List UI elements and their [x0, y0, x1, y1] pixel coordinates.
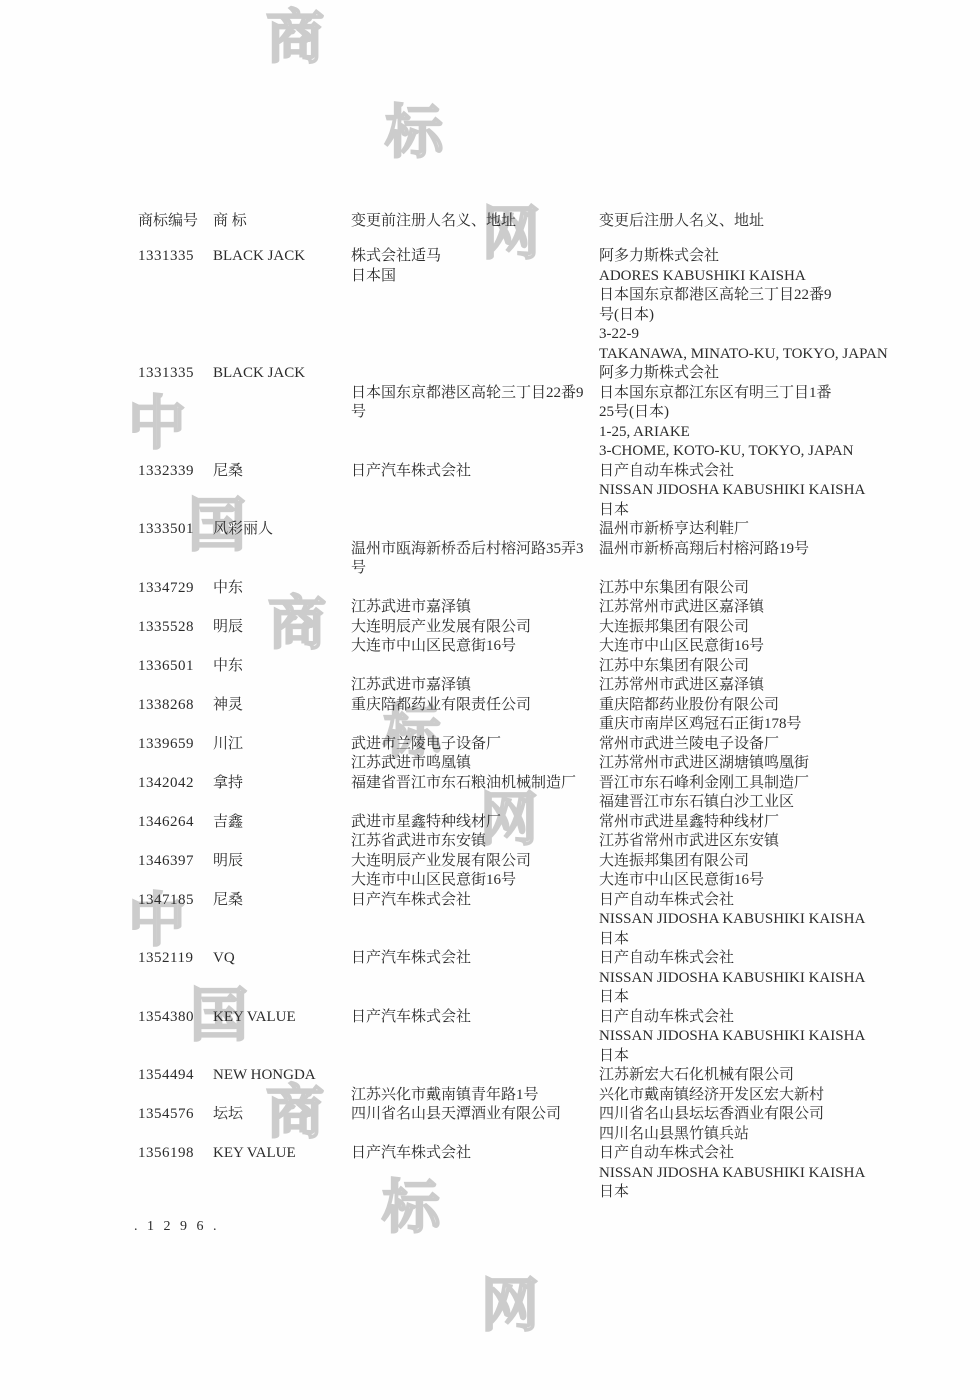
registration-number-cell: 1333501: [138, 520, 213, 579]
registrant-after-line: 四川名山县黑竹镇兵站: [599, 1125, 861, 1145]
registrant-after-line: 重庆陪都药业股份有限公司: [599, 696, 861, 716]
registrant-before-line: 江苏武进市嘉泽镇: [351, 598, 599, 618]
trademark-name: BLACK JACK: [213, 364, 351, 384]
registrant-before-line: 株式会社适马: [351, 247, 599, 267]
watermark-char: 标: [385, 103, 443, 161]
registrant-after-line: 号(日本): [599, 306, 861, 326]
registrant-after-line: NISSAN JIDOSHA KABUSHIKI KAISHA: [599, 481, 861, 501]
registrant-after-line: 常州市武进兰陵电子设备厂: [599, 735, 861, 755]
registrant-after-cell: 日产自动车株式会社NISSAN JIDOSHA KABUSHIKI KAISHA…: [599, 1144, 861, 1203]
trademark-name: 坛坛: [213, 1105, 351, 1125]
registrant-after-line: 江苏常州市武进区嘉泽镇: [599, 598, 861, 618]
registrant-after-line: 日产自动车株式会社: [599, 891, 861, 911]
registration-number: 1354576: [138, 1105, 213, 1125]
registrant-after-cell: 阿多力斯株式会社日本国东京都江东区有明三丁目1番25号(日本)1-25, ARI…: [599, 364, 861, 462]
registrant-before-line: [351, 364, 599, 384]
registrant-before-line: 日产汽车株式会社: [351, 1144, 599, 1164]
trademark-name: 明辰: [213, 852, 351, 872]
trademark-name: BLACK JACK: [213, 247, 351, 267]
watermark-char: 网: [481, 1276, 539, 1334]
registrant-before-cell: 江苏兴化市戴南镇青年路1号: [351, 1066, 599, 1105]
registration-number: 1339659: [138, 735, 213, 755]
registrant-after-cell: 阿多力斯株式会社ADORES KABUSHIKI KAISHA日本国东京都港区高…: [599, 247, 861, 364]
registration-number-cell: 1354380: [138, 1008, 213, 1067]
registration-number: 1356198: [138, 1144, 213, 1164]
trademark-cell: 中东: [213, 657, 351, 696]
table-row: 1336501中东江苏武进市嘉泽镇江苏中东集团有限公司江苏常州市武进区嘉泽镇: [138, 657, 861, 696]
registrant-before-cell: 武进市兰陵电子设备厂江苏武进市鸣凰镇: [351, 735, 599, 774]
registrant-after-line: 福建晋江市东石镇白沙工业区: [599, 793, 861, 813]
registrant-before-cell: 日产汽车株式会社: [351, 1008, 599, 1067]
trademark-name: KEY VALUE: [213, 1008, 351, 1028]
registration-number: 1354494: [138, 1066, 213, 1086]
registrant-before-line: 江苏兴化市戴南镇青年路1号: [351, 1086, 599, 1106]
registration-number: 1331335: [138, 247, 213, 267]
trademark-cell: BLACK JACK: [213, 364, 351, 462]
registration-number-cell: 1347185: [138, 891, 213, 950]
registrant-before-line: 大连市中山区民意街16号: [351, 637, 599, 657]
registration-number-cell: 1354494: [138, 1066, 213, 1105]
table-row: 1352119VQ日产汽车株式会社日产自动车株式会社NISSAN JIDOSHA…: [138, 949, 861, 1008]
registration-number: 1334729: [138, 579, 213, 599]
registrant-before-cell: 江苏武进市嘉泽镇: [351, 579, 599, 618]
table-row: 1332339尼桑日产汽车株式会社日产自动车株式会社NISSAN JIDOSHA…: [138, 462, 861, 521]
registrant-after-line: 1-25, ARIAKE: [599, 423, 861, 443]
registrant-after-line: 25号(日本): [599, 403, 861, 423]
registration-number-cell: 1332339: [138, 462, 213, 521]
registrant-after-line: NISSAN JIDOSHA KABUSHIKI KAISHA: [599, 1027, 861, 1047]
registrant-before-line: 号: [351, 559, 599, 579]
registrant-before-cell: 江苏武进市嘉泽镇: [351, 657, 599, 696]
registrant-before-line: 福建省晋江市东石粮油机械制造厂: [351, 774, 599, 794]
table-row: 1346397明辰大连明辰产业发展有限公司大连市中山区民意街16号大连振邦集团有…: [138, 852, 861, 891]
header-registrant-before: 变更前注册人名义、地址: [351, 212, 599, 232]
table-row: 1354576坛坛四川省名山县天潭酒业有限公司四川省名山县坛坛香酒业有限公司四川…: [138, 1105, 861, 1144]
registration-number-cell: 1336501: [138, 657, 213, 696]
registration-number-cell: 1339659: [138, 735, 213, 774]
registrant-after-line: 日产自动车株式会社: [599, 1008, 861, 1028]
registrant-before-cell: 温州市瓯海新桥岙后村榕河路35弄3号: [351, 520, 599, 579]
registration-number: 1347185: [138, 891, 213, 911]
gazette-page: 商标网中国商标网中国商标网 商标编号 商 标 变更前注册人名义、地址 变更后注册…: [0, 0, 980, 1400]
registration-number-cell: 1334729: [138, 579, 213, 618]
trademark-name: 风彩丽人: [213, 520, 351, 540]
trademark-cell: 明辰: [213, 618, 351, 657]
registrant-after-line: 阿多力斯株式会社: [599, 364, 861, 384]
table-row: 1334729中东江苏武进市嘉泽镇江苏中东集团有限公司江苏常州市武进区嘉泽镇: [138, 579, 861, 618]
registration-number-cell: 1346397: [138, 852, 213, 891]
trademark-cell: 坛坛: [213, 1105, 351, 1144]
registrant-before-line: 日本国东京都港区高轮三丁目22番9: [351, 384, 599, 404]
trademark-cell: 尼桑: [213, 891, 351, 950]
registrant-after-cell: 温州市新桥亨达利鞋厂温州市新桥高翔后村榕河路19号: [599, 520, 861, 579]
trademark-cell: 拿持: [213, 774, 351, 813]
registrant-after-cell: 常州市武进兰陵电子设备厂江苏常州市武进区湖塘镇鸣凰街: [599, 735, 861, 774]
registrant-after-line: NISSAN JIDOSHA KABUSHIKI KAISHA: [599, 969, 861, 989]
registrant-before-line: 江苏武进市鸣凰镇: [351, 754, 599, 774]
registrant-after-line: 日本: [599, 501, 861, 521]
registrant-after-cell: 常州市武进星鑫特种线材厂江苏省常州市武进区东安镇: [599, 813, 861, 852]
registrant-before-cell: 武进市星鑫特种线材厂江苏省武进市东安镇: [351, 813, 599, 852]
registrant-after-cell: 大连振邦集团有限公司大连市中山区民意街16号: [599, 852, 861, 891]
registration-number: 1338268: [138, 696, 213, 716]
registrant-before-line: 日产汽车株式会社: [351, 462, 599, 482]
table-row: 1347185尼桑日产汽车株式会社日产自动车株式会社NISSAN JIDOSHA…: [138, 891, 861, 950]
trademark-cell: 尼桑: [213, 462, 351, 521]
registrant-after-line: 晋江市东石峰利金刚工具制造厂: [599, 774, 861, 794]
table-header: 商标编号 商 标 变更前注册人名义、地址 变更后注册人名义、地址: [138, 212, 861, 232]
registration-number: 1336501: [138, 657, 213, 677]
registrant-after-line: 日本: [599, 988, 861, 1008]
trademark-cell: 明辰: [213, 852, 351, 891]
registrant-after-line: 日产自动车株式会社: [599, 1144, 861, 1164]
registrant-after-line: 阿多力斯株式会社: [599, 247, 861, 267]
trademark-name: KEY VALUE: [213, 1144, 351, 1164]
trademark-name: 明辰: [213, 618, 351, 638]
registrant-after-line: 江苏中东集团有限公司: [599, 579, 861, 599]
registration-number: 1335528: [138, 618, 213, 638]
registrant-after-line: NISSAN JIDOSHA KABUSHIKI KAISHA: [599, 910, 861, 930]
registrant-after-line: 日本: [599, 1183, 861, 1203]
registrant-before-line: 大连明辰产业发展有限公司: [351, 852, 599, 872]
registrant-before-line: 江苏武进市嘉泽镇: [351, 676, 599, 696]
registrant-before-cell: 四川省名山县天潭酒业有限公司: [351, 1105, 599, 1144]
registrant-after-line: 大连振邦集团有限公司: [599, 852, 861, 872]
registrant-after-cell: 日产自动车株式会社NISSAN JIDOSHA KABUSHIKI KAISHA…: [599, 949, 861, 1008]
trademark-name: 拿持: [213, 774, 351, 794]
registrant-after-line: NISSAN JIDOSHA KABUSHIKI KAISHA: [599, 1164, 861, 1184]
registrant-after-line: 大连振邦集团有限公司: [599, 618, 861, 638]
registrant-after-cell: 江苏新宏大石化机械有限公司兴化市戴南镇经济开发区宏大新村: [599, 1066, 861, 1105]
registrant-after-cell: 日产自动车株式会社NISSAN JIDOSHA KABUSHIKI KAISHA…: [599, 462, 861, 521]
registrant-after-cell: 重庆陪都药业股份有限公司重庆市南岸区鸡冠石正街178号: [599, 696, 861, 735]
registration-number-cell: 1356198: [138, 1144, 213, 1203]
table-row: 1342042拿持福建省晋江市东石粮油机械制造厂晋江市东石峰利金刚工具制造厂福建…: [138, 774, 861, 813]
registration-number-cell: 1338268: [138, 696, 213, 735]
registrant-after-cell: 江苏中东集团有限公司江苏常州市武进区嘉泽镇: [599, 579, 861, 618]
registrant-before-line: 四川省名山县天潭酒业有限公司: [351, 1105, 599, 1125]
registrant-before-cell: 大连明辰产业发展有限公司大连市中山区民意街16号: [351, 852, 599, 891]
registrant-before-line: [351, 520, 599, 540]
trademark-name: 吉鑫: [213, 813, 351, 833]
registrant-after-line: 兴化市戴南镇经济开发区宏大新村: [599, 1086, 861, 1106]
trademark-cell: 中东: [213, 579, 351, 618]
registrant-before-cell: 日产汽车株式会社: [351, 462, 599, 521]
registrant-after-line: 日本国东京都江东区有明三丁目1番: [599, 384, 861, 404]
registration-number-cell: 1342042: [138, 774, 213, 813]
registrant-after-line: 温州市新桥高翔后村榕河路19号: [599, 540, 861, 560]
registrant-before-line: 重庆陪都药业有限责任公司: [351, 696, 599, 716]
registration-number: 1346264: [138, 813, 213, 833]
registrant-after-line: 江苏常州市武进区嘉泽镇: [599, 676, 861, 696]
registrant-before-line: 日本国: [351, 267, 599, 287]
registrant-before-line: 日产汽车株式会社: [351, 1008, 599, 1028]
registrant-after-line: 大连市中山区民意街16号: [599, 871, 861, 891]
registrant-after-line: 江苏省常州市武进区东安镇: [599, 832, 861, 852]
table-row: 1356198KEY VALUE日产汽车株式会社日产自动车株式会社NISSAN …: [138, 1144, 861, 1203]
table-row: 1335528明辰大连明辰产业发展有限公司大连市中山区民意街16号大连振邦集团有…: [138, 618, 861, 657]
table-row: 1338268神灵重庆陪都药业有限责任公司重庆陪都药业股份有限公司重庆市南岸区鸡…: [138, 696, 861, 735]
registrant-after-line: 日产自动车株式会社: [599, 949, 861, 969]
registrant-before-cell: 大连明辰产业发展有限公司大连市中山区民意街16号: [351, 618, 599, 657]
registrant-before-line: 日产汽车株式会社: [351, 949, 599, 969]
header-registration-number: 商标编号: [138, 212, 213, 232]
registrant-after-cell: 晋江市东石峰利金刚工具制造厂福建晋江市东石镇白沙工业区: [599, 774, 861, 813]
registrant-before-cell: 日产汽车株式会社: [351, 891, 599, 950]
trademark-cell: KEY VALUE: [213, 1144, 351, 1203]
registrant-before-line: 大连市中山区民意街16号: [351, 871, 599, 891]
trademark-cell: BLACK JACK: [213, 247, 351, 364]
registration-number-cell: 1354576: [138, 1105, 213, 1144]
registration-number-cell: 1331335: [138, 364, 213, 462]
registrant-after-line: 3-CHOME, KOTO-KU, TOKYO, JAPAN: [599, 442, 861, 462]
registrant-after-line: ADORES KABUSHIKI KAISHA: [599, 267, 861, 287]
registrant-before-line: 武进市兰陵电子设备厂: [351, 735, 599, 755]
registrant-before-line: 武进市星鑫特种线材厂: [351, 813, 599, 833]
registrant-before-line: [351, 1066, 599, 1086]
registrant-after-line: 日本国东京都港区高轮三丁目22番9: [599, 286, 861, 306]
registrant-after-cell: 四川省名山县坛坛香酒业有限公司四川名山县黑竹镇兵站: [599, 1105, 861, 1144]
trademark-cell: 川江: [213, 735, 351, 774]
registrant-before-cell: 日产汽车株式会社: [351, 949, 599, 1008]
trademark-cell: VQ: [213, 949, 351, 1008]
registrant-after-cell: 江苏中东集团有限公司江苏常州市武进区嘉泽镇: [599, 657, 861, 696]
page-number: . 1 2 9 6 .: [134, 1219, 220, 1235]
registration-number: 1331335: [138, 364, 213, 384]
registrant-after-line: 重庆市南岸区鸡冠石正街178号: [599, 715, 861, 735]
registration-number: 1354380: [138, 1008, 213, 1028]
registration-number: 1352119: [138, 949, 213, 969]
registrant-after-line: 3-22-9: [599, 325, 861, 345]
registrant-before-line: 日产汽车株式会社: [351, 891, 599, 911]
table-row: 1346264吉鑫武进市星鑫特种线材厂江苏省武进市东安镇常州市武进星鑫特种线材厂…: [138, 813, 861, 852]
trademark-name: 神灵: [213, 696, 351, 716]
trademark-name: 中东: [213, 657, 351, 677]
trademark-cell: NEW HONGDA: [213, 1066, 351, 1105]
registrant-before-line: 大连明辰产业发展有限公司: [351, 618, 599, 638]
registration-number-cell: 1331335: [138, 247, 213, 364]
table-row: 1331335BLACK JACK株式会社适马日本国阿多力斯株式会社ADORES…: [138, 247, 861, 364]
registrant-after-cell: 日产自动车株式会社NISSAN JIDOSHA KABUSHIKI KAISHA…: [599, 891, 861, 950]
registrant-after-line: 四川省名山县坛坛香酒业有限公司: [599, 1105, 861, 1125]
table-row: 1333501风彩丽人温州市瓯海新桥岙后村榕河路35弄3号温州市新桥亨达利鞋厂温…: [138, 520, 861, 579]
table-row: 1339659川江武进市兰陵电子设备厂江苏武进市鸣凰镇常州市武进兰陵电子设备厂江…: [138, 735, 861, 774]
watermark-char: 商: [266, 8, 324, 66]
registrant-after-line: 常州市武进星鑫特种线材厂: [599, 813, 861, 833]
registrant-before-cell: 重庆陪都药业有限责任公司: [351, 696, 599, 735]
registrant-before-cell: 日本国东京都港区高轮三丁目22番9号: [351, 364, 599, 462]
registrant-before-line: 号: [351, 403, 599, 423]
registrant-after-line: 温州市新桥亨达利鞋厂: [599, 520, 861, 540]
registration-number-cell: 1346264: [138, 813, 213, 852]
registrant-after-line: 江苏常州市武进区湖塘镇鸣凰街: [599, 754, 861, 774]
trademark-cell: KEY VALUE: [213, 1008, 351, 1067]
header-registrant-after: 变更后注册人名义、地址: [599, 212, 861, 232]
registrant-before-line: [351, 579, 599, 599]
trademark-cell: 风彩丽人: [213, 520, 351, 579]
registration-number: 1332339: [138, 462, 213, 482]
registrant-before-cell: 日产汽车株式会社: [351, 1144, 599, 1203]
registrant-before-line: [351, 657, 599, 677]
registrant-after-cell: 日产自动车株式会社NISSAN JIDOSHA KABUSHIKI KAISHA…: [599, 1008, 861, 1067]
registrant-before-cell: 福建省晋江市东石粮油机械制造厂: [351, 774, 599, 813]
trademark-name: NEW HONGDA: [213, 1066, 351, 1086]
trademark-cell: 神灵: [213, 696, 351, 735]
trademark-name: 尼桑: [213, 891, 351, 911]
trademark-name: 中东: [213, 579, 351, 599]
trademark-name: 川江: [213, 735, 351, 755]
trademark-name: VQ: [213, 949, 351, 969]
table-row: 1354380KEY VALUE日产汽车株式会社日产自动车株式会社NISSAN …: [138, 1008, 861, 1067]
table-row: 1331335BLACK JACK日本国东京都港区高轮三丁目22番9号阿多力斯株…: [138, 364, 861, 462]
registrant-after-cell: 大连振邦集团有限公司大连市中山区民意街16号: [599, 618, 861, 657]
table-row: 1354494NEW HONGDA江苏兴化市戴南镇青年路1号江苏新宏大石化机械有…: [138, 1066, 861, 1105]
registration-number-cell: 1335528: [138, 618, 213, 657]
registrant-before-line: 江苏省武进市东安镇: [351, 832, 599, 852]
registrant-before-line: 温州市瓯海新桥岙后村榕河路35弄3: [351, 540, 599, 560]
registration-number: 1342042: [138, 774, 213, 794]
registrant-after-line: 江苏新宏大石化机械有限公司: [599, 1066, 861, 1086]
trademark-name: 尼桑: [213, 462, 351, 482]
registrant-after-line: TAKANAWA, MINATO-KU, TOKYO, JAPAN: [599, 345, 861, 365]
header-trademark: 商 标: [213, 212, 351, 232]
registrant-before-cell: 株式会社适马日本国: [351, 247, 599, 364]
registration-number: 1346397: [138, 852, 213, 872]
registrant-after-line: 江苏中东集团有限公司: [599, 657, 861, 677]
table-body: 1331335BLACK JACK株式会社适马日本国阿多力斯株式会社ADORES…: [138, 247, 861, 1203]
registrant-after-line: 日产自动车株式会社: [599, 462, 861, 482]
registrant-after-line: 日本: [599, 930, 861, 950]
trademark-cell: 吉鑫: [213, 813, 351, 852]
registration-number: 1333501: [138, 520, 213, 540]
registration-number-cell: 1352119: [138, 949, 213, 1008]
registrant-after-line: 大连市中山区民意街16号: [599, 637, 861, 657]
registrant-after-line: 日本: [599, 1047, 861, 1067]
